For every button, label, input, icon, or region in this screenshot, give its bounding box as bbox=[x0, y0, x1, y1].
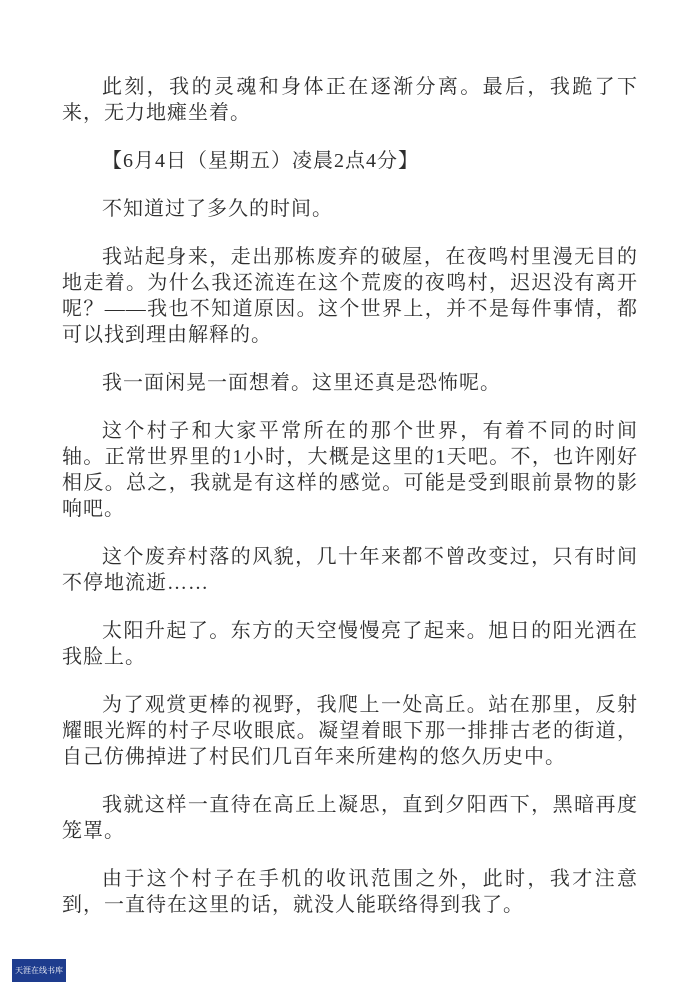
paragraph: 这个废弃村落的风貌，几十年来都不曾改变过，只有时间不停地流逝…… bbox=[62, 544, 638, 596]
paragraph: 这个村子和大家平常所在的那个世界，有着不同的时间轴。正常世界里的1小时，大概是这… bbox=[62, 418, 638, 522]
paragraph: 由于这个村子在手机的收讯范围之外，此时，我才注意到，一直待在这里的话，就没人能联… bbox=[62, 866, 638, 918]
watermark-badge: 天涯在线书库 bbox=[12, 959, 66, 982]
paragraph: 太阳升起了。东方的天空慢慢亮了起来。旭日的阳光洒在我脸上。 bbox=[62, 618, 638, 670]
book-page: 此刻，我的灵魂和身体正在逐渐分离。最后，我跪了下来，无力地瘫坐着。 【6月4日（… bbox=[0, 0, 700, 992]
paragraph: 我站起身来，走出那栋废弃的破屋，在夜鸣村里漫无目的地走着。为什么我还流连在这个荒… bbox=[62, 244, 638, 348]
paragraph: 为了观赏更棒的视野，我爬上一处高丘。站在那里，反射耀眼光辉的村子尽收眼底。凝望着… bbox=[62, 692, 638, 770]
timestamp-heading: 【6月4日（星期五）凌晨2点4分】 bbox=[62, 148, 638, 174]
paragraph: 我就这样一直待在高丘上凝思，直到夕阳西下，黑暗再度笼罩。 bbox=[62, 792, 638, 844]
paragraph: 我一面闲晃一面想着。这里还真是恐怖呢。 bbox=[62, 370, 638, 396]
paragraph: 此刻，我的灵魂和身体正在逐渐分离。最后，我跪了下来，无力地瘫坐着。 bbox=[62, 74, 638, 126]
paragraph: 不知道过了多久的时间。 bbox=[62, 196, 638, 222]
